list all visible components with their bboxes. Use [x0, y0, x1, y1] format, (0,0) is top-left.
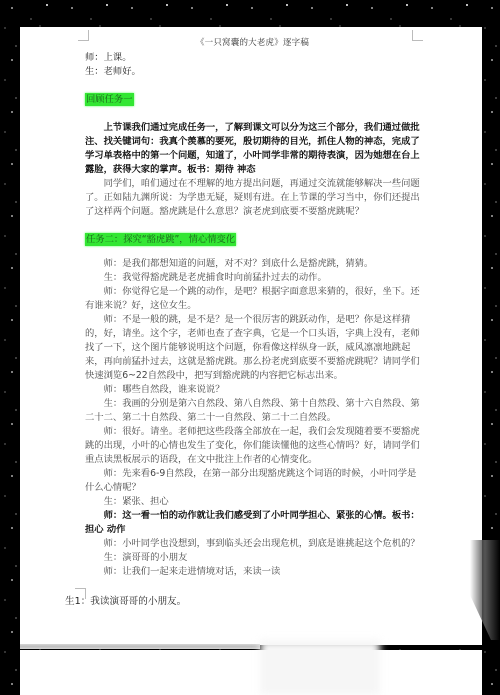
speaker-label: 师： [104, 258, 123, 269]
speaker-label: 生： [104, 272, 123, 283]
paragraph: 同学们，咱们通过在不理解的地方提出问题，再通过交流就能够解决一些问题了。正如陆九… [85, 177, 420, 219]
dialogue-line: 师：很好。请坐。老师把这些段落全部放在一起，我们会发现随着要不要豁虎跳的出现，小… [85, 425, 420, 467]
highlighted-heading: 任务二：探究“豁虎跳”，情心情变化 [85, 233, 236, 246]
speaker-label: 师： [104, 286, 123, 297]
dialogue-text: 我读演哥哥的小朋友。 [90, 596, 186, 607]
dialogue-line: 师：你觉得它是一个跳的动作，是吧？根据字面意思来猜的，很好，坐下。还有谁来说？好… [85, 285, 420, 313]
dialogue-text: 我画的分别是第六自然段、第八自然段、第十自然段、第十六自然段、第二十二、第二十自… [85, 398, 420, 423]
speaker-label: 师： [104, 384, 123, 395]
speaker-label: 师： [104, 510, 123, 521]
speaker-label: 师： [104, 426, 123, 437]
speaker-label: 生： [85, 66, 104, 77]
dialogue-text: 这一看一怕的动作就让我们感受到了小叶同学担心、紧张的心情。板书：担心 动作 [85, 510, 420, 535]
dialogue-line: 师：让我们一起来走进情境对话，来读一读 [85, 565, 420, 579]
dialogue-text: 我觉得豁虎跳是老虎捕食时向前猛扑过去的动作。 [122, 272, 327, 283]
dialogue-line: 生：我觉得豁虎跳是老虎捕食时向前猛扑过去的动作。 [85, 271, 420, 285]
dialogue-text: 演哥哥的小朋友 [122, 552, 187, 563]
speaker-label: 生： [104, 552, 123, 563]
dialogue-text: 上课。 [104, 52, 132, 63]
dialogue-line: 生：我画的分别是第六自然段、第八自然段、第十自然段、第十六自然段、第二十二、第二… [85, 397, 420, 425]
dialogue-text: 先来看6-9自然段，在第一部分出现豁虎跳这个词语的时候，小叶同学是什么心情呢？ [85, 468, 416, 493]
dialogue-line: 师：先来看6-9自然段，在第一部分出现豁虎跳这个词语的时候，小叶同学是什么心情呢… [85, 467, 420, 495]
speaker-label: 生： [104, 398, 123, 409]
dialogue-line: 师：上课。 [85, 51, 420, 65]
dialogue-line: 师：小叶同学也没想到，事到临头还会出现危机，到底是谁挑起这个危机的？ [85, 537, 420, 551]
section-heading-2: 任务二：探究“豁虎跳”，情心情变化 [85, 233, 420, 247]
dialogue-line: 师：哪些自然段，谁来说说？ [85, 383, 420, 397]
final-dialogue-line: 生1：我读演哥哥的小朋友。 [65, 593, 186, 607]
dialogue-text: 你觉得它是一个跳的动作，是吧？根据字面意思来猜的，很好，坐下。还有谁来说？好，这… [85, 286, 420, 311]
page-break-divider [20, 644, 260, 649]
speaker-label: 师： [104, 566, 123, 577]
speaker-label: 生： [104, 496, 123, 507]
dialogue-text: 让我们一起来走进情境对话，来读一读 [122, 566, 280, 577]
dialogue-text: 不是一般的跳，是不是？是一个很厉害的跳跃动作，是吧？你是这样猜的，好，请坐。这个… [85, 314, 420, 381]
next-page [20, 650, 482, 695]
highlighted-heading: 回顾任务一 [85, 93, 134, 106]
document-page: 《一只窝囊的大老虎》逐字稿 师：上课。 生：老师好。 回顾任务一 上节课我们通过… [20, 27, 482, 645]
speaker-label: 师： [85, 52, 104, 63]
speaker-label: 生1： [65, 596, 90, 607]
dialogue-line: 生：紧张、担心 [85, 495, 420, 509]
dialogue-text: 老师好。 [104, 66, 141, 77]
dialogue-line: 师：不是一般的跳，是不是？是一个很厉害的跳跃动作，是吧？你是这样猜的，好，请坐。… [85, 313, 420, 383]
document-body: 《一只窝囊的大老虎》逐字稿 师：上课。 生：老师好。 回顾任务一 上节课我们通过… [85, 36, 420, 579]
paragraph-bold: 上节课我们通过完成任务一，了解到课文可以分为这三个部分，我们通过做批注、找关键词… [85, 121, 420, 177]
dialogue-text: 小叶同学也没想到，事到临头还会出现危机，到底是谁挑起这个危机的？ [122, 538, 420, 549]
dialogue-text: 是我们都想知道的问题，对不对？到底什么是豁虎跳，猜猜。 [122, 258, 373, 269]
document-title: 《一只窝囊的大老虎》逐字稿 [85, 36, 420, 50]
speaker-label: 师： [104, 538, 123, 549]
speaker-label: 师： [104, 468, 123, 479]
section-heading-1: 回顾任务一 [85, 93, 420, 107]
dialogue-text: 很好。请坐。老师把这些段落全部放在一起，我们会发现随着要不要豁虎跳的出现，小叶的… [85, 426, 420, 465]
dialogue-text: 紧张、担心 [122, 496, 169, 507]
dialogue-line: 生：老师好。 [85, 65, 420, 79]
dialogue-line: 师：是我们都想知道的问题，对不对？到底什么是豁虎跳，猜猜。 [85, 257, 420, 271]
blur-artifact [260, 640, 380, 695]
dialogue-text: 哪些自然段，谁来说说？ [122, 384, 224, 395]
speaker-label: 师： [104, 314, 123, 325]
dialogue-line-bold: 师：这一看一怕的动作就让我们感受到了小叶同学担心、紧张的心情。板书：担心 动作 [85, 509, 420, 537]
dialogue-line: 生：演哥哥的小朋友 [85, 551, 420, 565]
